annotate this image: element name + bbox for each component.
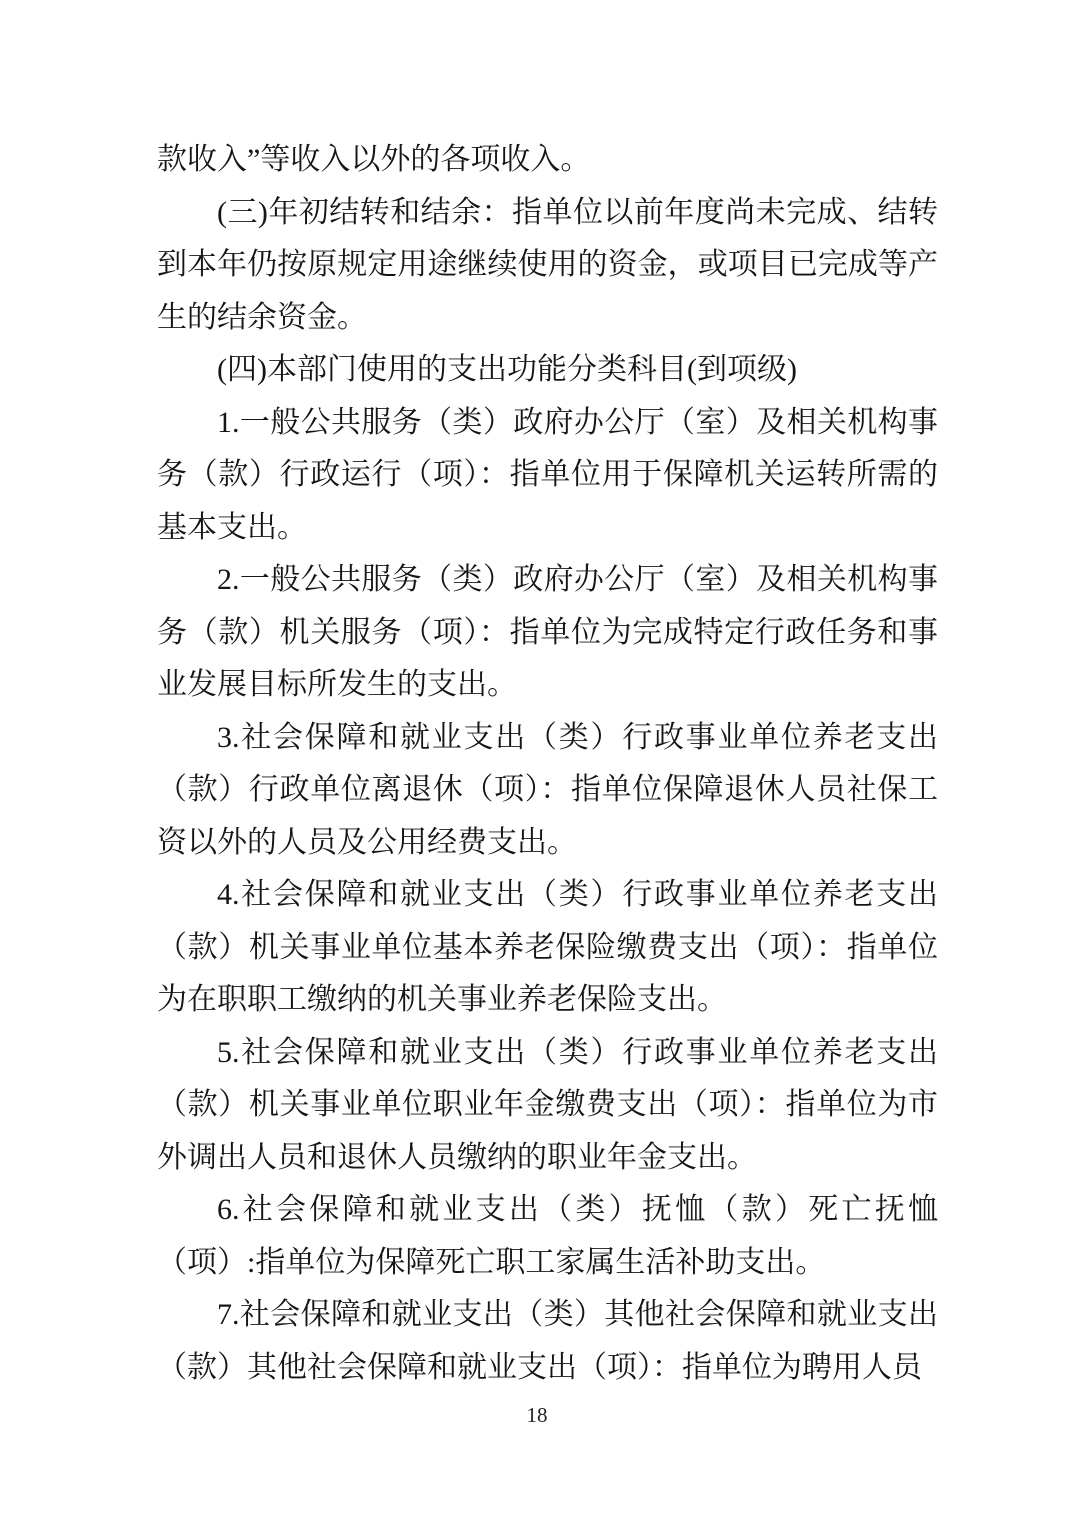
page-footer: 18 — [0, 1403, 1074, 1428]
paragraph: 5.社会保障和就业支出（类）行政事业单位养老支出（款）机关事业单位职业年金缴费支… — [157, 1027, 938, 1185]
paragraph: 3.社会保障和就业支出（类）行政事业单位养老支出（款）行政单位离退休（项）：指单… — [157, 712, 938, 870]
paragraph: 1.一般公共服务（类）政府办公厅（室）及相关机构事务（款）行政运行（项）：指单位… — [157, 397, 938, 555]
paragraph: (三)年初结转和结余：指单位以前年度尚未完成、结转到本年仍按原规定用途继续使用的… — [157, 187, 938, 345]
document-page: 款收入”等收入以外的各项收入。(三)年初结转和结余：指单位以前年度尚未完成、结转… — [0, 0, 1074, 1520]
paragraph: 款收入”等收入以外的各项收入。 — [157, 134, 938, 187]
page-number: 18 — [527, 1403, 548, 1427]
paragraph: 7.社会保障和就业支出（类）其他社会保障和就业支出（款）其他社会保障和就业支出（… — [157, 1289, 938, 1394]
paragraph: (四)本部门使用的支出功能分类科目(到项级) — [157, 344, 938, 397]
paragraph: 6.社会保障和就业支出（类）抚恤（款）死亡抚恤（项）:指单位为保障死亡职工家属生… — [157, 1184, 938, 1289]
document-body: 款收入”等收入以外的各项收入。(三)年初结转和结余：指单位以前年度尚未完成、结转… — [157, 134, 938, 1394]
paragraph: 4.社会保障和就业支出（类）行政事业单位养老支出（款）机关事业单位基本养老保险缴… — [157, 869, 938, 1027]
paragraph: 2.一般公共服务（类）政府办公厅（室）及相关机构事务（款）机关服务（项）：指单位… — [157, 554, 938, 712]
